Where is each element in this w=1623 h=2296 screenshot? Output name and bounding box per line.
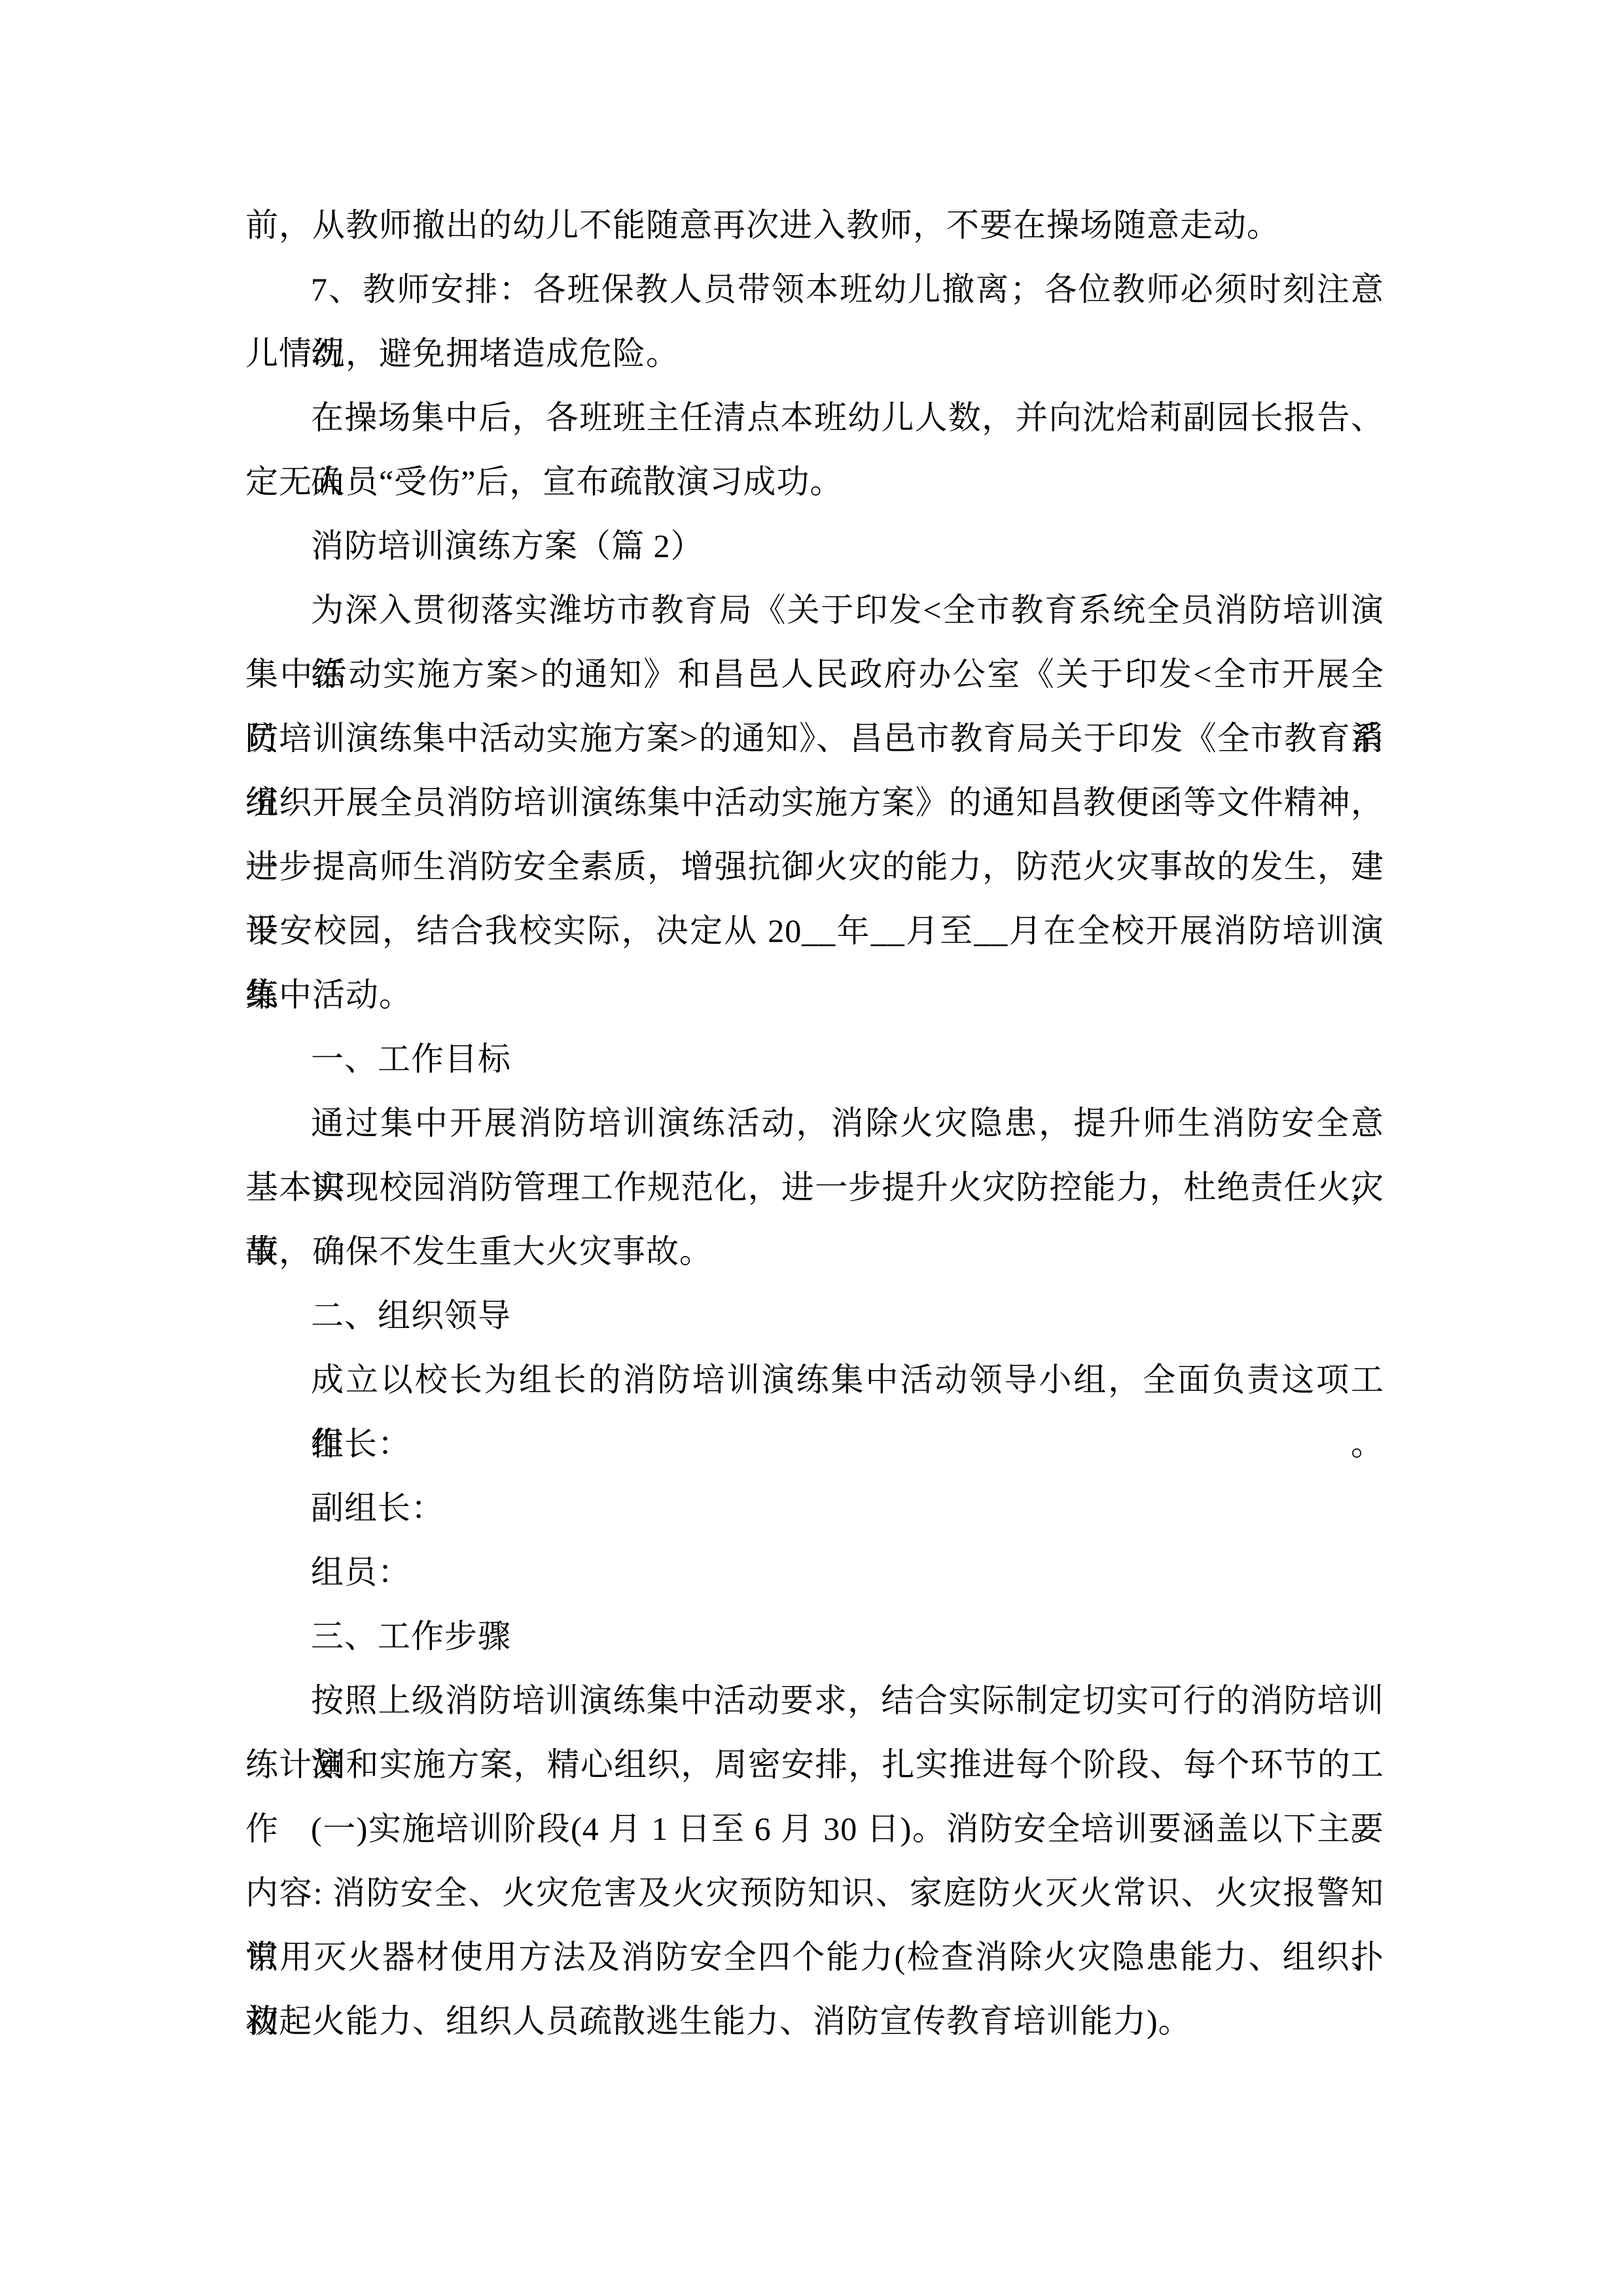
text-line: 副组长：	[245, 1476, 1384, 1540]
document-page: 前，从教师撤出的幼儿不能随意再次进入教师，不要在操场随意走动。7、教师安排：各班…	[0, 0, 1623, 2296]
text-line: 常用灭火器材使用方法及消防安全四个能力(检查消除火灾隐患能力、组织扑救	[245, 1925, 1384, 1989]
text-line: 内容: 消防安全、火灾危害及火灾预防知识、家庭防火灭火常识、火灾报警知识、	[245, 1861, 1384, 1925]
text-line: 定无人员“受伤”后，宣布疏散演习成功。	[245, 450, 1384, 514]
text-line: 防培训演练集中活动实施方案>的通知》、昌邑市教育局关于印发《全市教育系统	[245, 706, 1384, 770]
text-line: 成立以校长为组长的消防培训演练集中活动领导小组，全面负责这项工作。	[245, 1348, 1384, 1412]
text-line: 基本实现校园消防管理工作规范化，进一步提升火灾防控能力，杜绝责任火灾事	[245, 1155, 1384, 1219]
text-line: 按照上级消防培训演练集中活动要求，结合实际制定切实可行的消防培训演	[245, 1668, 1384, 1732]
text-line: 集中活动。	[245, 963, 1384, 1027]
text-line: 消防培训演练方案（篇 2）	[245, 514, 1384, 578]
text-line: 三、工作步骤	[245, 1604, 1384, 1668]
document-body: 前，从教师撤出的幼儿不能随意再次进入教师，不要在操场随意走动。7、教师安排：各班…	[245, 193, 1384, 2053]
text-line: 组织开展全员消防培训演练集中活动实施方案》的通知昌教便函等文件精神，进	[245, 770, 1384, 834]
text-line: (一)实施培训阶段(4 月 1 日至 6 月 30 日)。消防安全培训要涵盖以下…	[245, 1797, 1384, 1861]
text-line: 二、组织领导	[245, 1283, 1384, 1348]
text-line: 初起火能力、组织人员疏散逃生能力、消防宣传教育培训能力)。	[245, 1989, 1384, 2053]
text-line: 练计划和实施方案，精心组织，周密安排，扎实推进每个阶段、每个环节的工作。	[245, 1732, 1384, 1797]
text-line: 一、工作目标	[245, 1027, 1384, 1091]
text-line: 前，从教师撤出的幼儿不能随意再次进入教师，不要在操场随意走动。	[245, 193, 1384, 257]
text-line: 一步提高师生消防安全素质，增强抗御火灾的能力，防范火灾事故的发生，建设	[245, 834, 1384, 899]
text-line: 通过集中开展消防培训演练活动，消除火灾隐患，提升师生消防安全意识，	[245, 1091, 1384, 1155]
text-line: 在操场集中后，各班班主任清点本班幼儿人数，并向沈烚莉副园长报告、确	[245, 386, 1384, 450]
text-line: 儿情况，避免拥堵造成危险。	[245, 321, 1384, 386]
text-line: 7、教师安排：各班保教人员带领本班幼儿撤离；各位教师必须时刻注意幼	[245, 257, 1384, 321]
text-line: 故，确保不发生重大火灾事故。	[245, 1219, 1384, 1283]
text-line: 平安校园，结合我校实际，决定从 20__年__月至__月在全校开展消防培训演练	[245, 899, 1384, 963]
text-line: 组员：	[245, 1540, 1384, 1604]
text-line: 集中活动实施方案>的通知》和昌邑人民政府办公室《关于印发<全市开展全员消	[245, 642, 1384, 706]
text-line: 为深入贯彻落实潍坊市教育局《关于印发<全市教育系统全员消防培训演练	[245, 578, 1384, 642]
